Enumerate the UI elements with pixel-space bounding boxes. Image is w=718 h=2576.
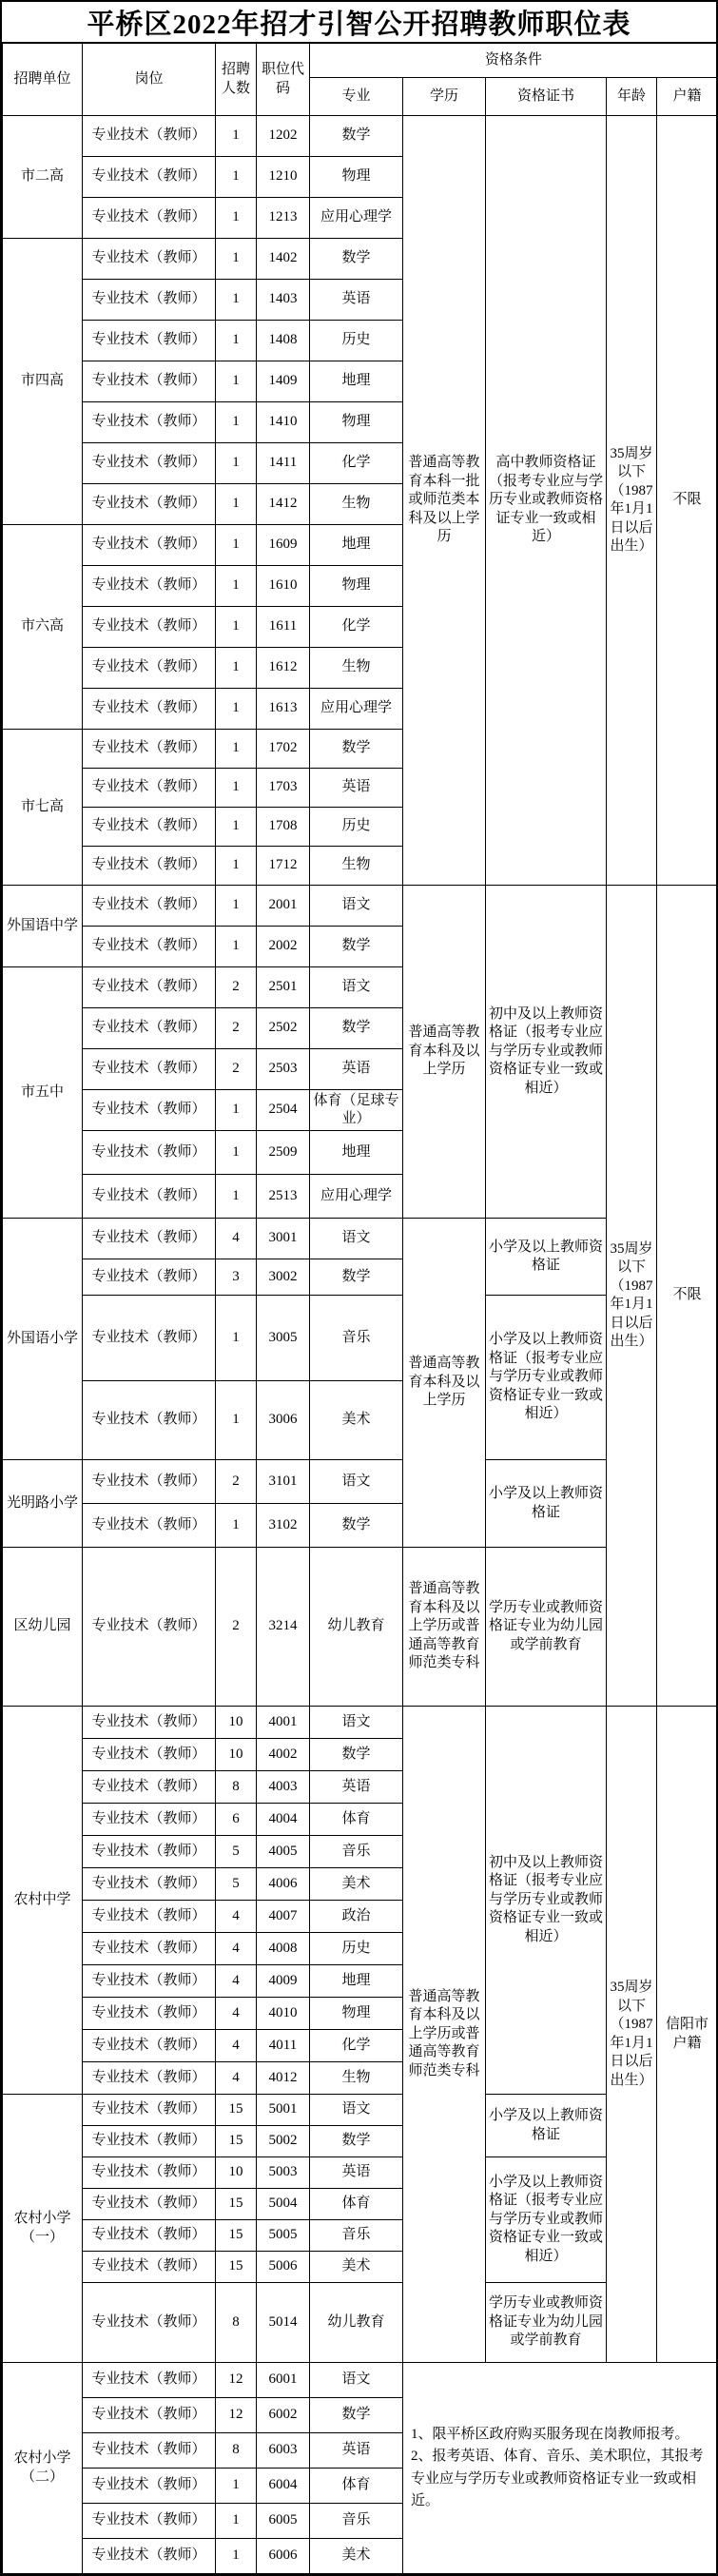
post-cell: 专业技术（教师） <box>83 607 216 648</box>
post-cell: 专业技术（教师） <box>83 1460 216 1504</box>
post-cell: 专业技术（教师） <box>83 1175 216 1219</box>
count-cell: 1 <box>216 769 257 808</box>
code-cell: 3006 <box>257 1381 310 1460</box>
count-cell: 2 <box>216 1008 257 1049</box>
code-cell: 5005 <box>257 2220 310 2252</box>
major-cell: 语文 <box>310 967 403 1008</box>
code-cell: 5002 <box>257 2126 310 2157</box>
code-cell: 5004 <box>257 2189 310 2220</box>
post-cell: 专业技术（教师） <box>83 1090 216 1131</box>
major-cell: 数学 <box>310 1504 403 1548</box>
col-header-unit: 招聘单位 <box>3 44 83 116</box>
major-cell: 英语 <box>310 769 403 808</box>
code-cell: 4001 <box>257 1707 310 1739</box>
post-cell: 专业技术（教师） <box>83 239 216 280</box>
major-cell: 物理 <box>310 1998 403 2030</box>
education-cell: 普通高等教育本科及以上学历 <box>403 1219 486 1548</box>
age-cell: 35周岁以下（1987年1月1日以后出生） <box>607 886 657 1707</box>
count-cell: 1 <box>216 321 257 361</box>
count-cell: 8 <box>216 2433 257 2469</box>
major-cell: 历史 <box>310 321 403 361</box>
post-cell: 专业技术（教师） <box>83 927 216 967</box>
code-cell: 3002 <box>257 1259 310 1296</box>
code-cell: 4004 <box>257 1804 310 1836</box>
post-cell: 专业技术（教师） <box>83 2189 216 2220</box>
major-cell: 体育 <box>310 1804 403 1836</box>
major-cell: 音乐 <box>310 2504 403 2539</box>
post-cell: 专业技术（教师） <box>83 2398 216 2433</box>
code-cell: 6001 <box>257 2363 310 2398</box>
post-cell: 专业技术（教师） <box>83 1131 216 1175</box>
post-cell: 专业技术（教师） <box>83 808 216 847</box>
count-cell: 1 <box>216 1504 257 1548</box>
post-cell: 专业技术（教师） <box>83 1219 216 1259</box>
code-cell: 6004 <box>257 2469 310 2504</box>
table-row: 农村小学（二） 专业技术（教师） 12 6001 语文 1、限平桥区政府购买服务… <box>3 2363 718 2398</box>
major-cell: 英语 <box>310 280 403 321</box>
code-cell: 6002 <box>257 2398 310 2433</box>
post-cell: 专业技术（教师） <box>83 2504 216 2539</box>
col-header-education: 学历 <box>403 78 486 116</box>
count-cell: 1 <box>216 198 257 239</box>
post-cell: 专业技术（教师） <box>83 2030 216 2062</box>
col-header-code: 职位代码 <box>257 44 310 116</box>
certificate-cell: 初中及以上教师资格证（报考专业应与学历专业或教师资格证专业一致或相近） <box>486 1707 607 2095</box>
major-cell: 语文 <box>310 2363 403 2398</box>
code-cell: 6005 <box>257 2504 310 2539</box>
major-cell: 物理 <box>310 566 403 607</box>
code-cell: 2513 <box>257 1175 310 1219</box>
major-cell: 美术 <box>310 1868 403 1901</box>
code-cell: 3214 <box>257 1548 310 1707</box>
code-cell: 3101 <box>257 1460 310 1504</box>
count-cell: 5 <box>216 1836 257 1868</box>
col-header-certificate: 资格证书 <box>486 78 607 116</box>
post-cell: 专业技术（教师） <box>83 730 216 769</box>
major-cell: 体育 <box>310 2189 403 2220</box>
post-cell: 专业技术（教师） <box>83 1868 216 1901</box>
major-cell: 数学 <box>310 1008 403 1049</box>
count-cell: 4 <box>216 1965 257 1998</box>
age-cell: 35周岁以下（1987年1月1日以后出生） <box>607 116 657 886</box>
count-cell: 10 <box>216 2157 257 2189</box>
post-cell: 专业技术（教师） <box>83 280 216 321</box>
count-cell: 2 <box>216 1460 257 1504</box>
count-cell: 1 <box>216 1131 257 1175</box>
count-cell: 2 <box>216 1548 257 1707</box>
count-cell: 1 <box>216 1090 257 1131</box>
count-cell: 4 <box>216 2030 257 2062</box>
count-cell: 10 <box>216 1707 257 1739</box>
post-cell: 专业技术（教师） <box>83 648 216 689</box>
col-header-age: 年龄 <box>607 78 657 116</box>
count-cell: 8 <box>216 1771 257 1804</box>
post-cell: 专业技术（教师） <box>83 2126 216 2157</box>
count-cell: 1 <box>216 1381 257 1460</box>
major-cell: 历史 <box>310 808 403 847</box>
code-cell: 1613 <box>257 689 310 730</box>
age-cell: 35周岁以下（1987年1月1日以后出生） <box>607 1707 657 2363</box>
major-cell: 应用心理学 <box>310 1175 403 1219</box>
major-cell: 生物 <box>310 648 403 689</box>
count-cell: 15 <box>216 2220 257 2252</box>
post-cell: 专业技术（教师） <box>83 443 216 484</box>
code-cell: 4007 <box>257 1901 310 1933</box>
post-cell: 专业技术（教师） <box>83 157 216 198</box>
major-cell: 数学 <box>310 116 403 157</box>
unit-cell: 农村中学 <box>3 1707 83 2095</box>
count-cell: 1 <box>216 1175 257 1219</box>
count-cell: 1 <box>216 484 257 525</box>
certificate-cell: 小学及以上教师资格证 <box>486 2095 607 2157</box>
count-cell: 2 <box>216 1049 257 1090</box>
code-cell: 4009 <box>257 1965 310 1998</box>
major-cell: 体育（足球专业） <box>310 1090 403 1131</box>
notes-cell: 1、限平桥区政府购买服务现在岗教师报考。 2、报考英语、体育、音乐、美术职位，其… <box>403 2363 718 2574</box>
major-cell: 地理 <box>310 1965 403 1998</box>
major-cell: 数学 <box>310 239 403 280</box>
post-cell: 专业技术（教师） <box>83 2363 216 2398</box>
count-cell: 1 <box>216 808 257 847</box>
unit-cell: 外国语中学 <box>3 886 83 967</box>
count-cell: 5 <box>216 1868 257 1901</box>
code-cell: 4002 <box>257 1739 310 1771</box>
count-cell: 4 <box>216 1998 257 2030</box>
code-cell: 2501 <box>257 967 310 1008</box>
count-cell: 1 <box>216 730 257 769</box>
code-cell: 4005 <box>257 1836 310 1868</box>
post-cell: 专业技术（教师） <box>83 1259 216 1296</box>
count-cell: 1 <box>216 847 257 886</box>
count-cell: 1 <box>216 361 257 402</box>
code-cell: 5014 <box>257 2283 310 2363</box>
major-cell: 语文 <box>310 1219 403 1259</box>
count-cell: 1 <box>216 402 257 443</box>
major-cell: 语文 <box>310 2095 403 2126</box>
major-cell: 生物 <box>310 2062 403 2095</box>
col-header-qualification: 资格条件 <box>310 44 718 78</box>
post-cell: 专业技术（教师） <box>83 1998 216 2030</box>
major-cell: 化学 <box>310 2030 403 2062</box>
post-cell: 专业技术（教师） <box>83 1707 216 1739</box>
code-cell: 1210 <box>257 157 310 198</box>
code-cell: 1610 <box>257 566 310 607</box>
code-cell: 1609 <box>257 525 310 566</box>
code-cell: 1411 <box>257 443 310 484</box>
code-cell: 6006 <box>257 2539 310 2574</box>
major-cell: 数学 <box>310 2126 403 2157</box>
post-cell: 专业技术（教师） <box>83 1771 216 1804</box>
count-cell: 1 <box>216 525 257 566</box>
post-cell: 专业技术（教师） <box>83 689 216 730</box>
major-cell: 美术 <box>310 2252 403 2283</box>
count-cell: 1 <box>216 607 257 648</box>
code-cell: 4006 <box>257 1868 310 1901</box>
post-cell: 专业技术（教师） <box>83 1836 216 1868</box>
major-cell: 地理 <box>310 361 403 402</box>
count-cell: 1 <box>216 443 257 484</box>
count-cell: 15 <box>216 2189 257 2220</box>
certificate-cell: 学历专业或教师资格证专业为幼儿园或学前教育 <box>486 2283 607 2363</box>
count-cell: 12 <box>216 2363 257 2398</box>
count-cell: 8 <box>216 2283 257 2363</box>
post-cell: 专业技术（教师） <box>83 1965 216 1998</box>
major-cell: 幼儿教育 <box>310 1548 403 1707</box>
code-cell: 1703 <box>257 769 310 808</box>
count-cell: 4 <box>216 2062 257 2095</box>
unit-cell: 农村小学（一） <box>3 2095 83 2363</box>
code-cell: 1403 <box>257 280 310 321</box>
count-cell: 4 <box>216 1933 257 1965</box>
count-cell: 2 <box>216 967 257 1008</box>
code-cell: 5001 <box>257 2095 310 2126</box>
count-cell: 1 <box>216 886 257 927</box>
position-table: 招聘单位 岗位 招聘人数 职位代码 资格条件 专业 学历 资格证书 年龄 户籍 … <box>2 43 718 2574</box>
count-cell: 1 <box>216 116 257 157</box>
unit-cell: 市四高 <box>3 239 83 525</box>
count-cell: 4 <box>216 1901 257 1933</box>
major-cell: 音乐 <box>310 1836 403 1868</box>
code-cell: 2503 <box>257 1049 310 1090</box>
unit-cell: 市二高 <box>3 116 83 239</box>
code-cell: 3001 <box>257 1219 310 1259</box>
code-cell: 4011 <box>257 2030 310 2062</box>
count-cell: 1 <box>216 927 257 967</box>
count-cell: 1 <box>216 157 257 198</box>
count-cell: 1 <box>216 2469 257 2504</box>
count-cell: 1 <box>216 239 257 280</box>
post-cell: 专业技术（教师） <box>83 2283 216 2363</box>
count-cell: 1 <box>216 566 257 607</box>
count-cell: 1 <box>216 2539 257 2574</box>
residence-cell: 不限 <box>657 886 718 1707</box>
code-cell: 1202 <box>257 116 310 157</box>
post-cell: 专业技术（教师） <box>83 484 216 525</box>
education-cell: 普通高等教育本科一批或师范类本科及以上学历 <box>403 116 486 886</box>
code-cell: 3005 <box>257 1296 310 1381</box>
major-cell: 数学 <box>310 1259 403 1296</box>
post-cell: 专业技术（教师） <box>83 1804 216 1836</box>
code-cell: 1712 <box>257 847 310 886</box>
post-cell: 专业技术（教师） <box>83 402 216 443</box>
count-cell: 1 <box>216 689 257 730</box>
code-cell: 2509 <box>257 1131 310 1175</box>
post-cell: 专业技术（教师） <box>83 1504 216 1548</box>
major-cell: 物理 <box>310 157 403 198</box>
post-cell: 专业技术（教师） <box>83 2469 216 2504</box>
note-line-1: 1、限平桥区政府购买服务现在岗教师报考。 <box>411 2424 709 2446</box>
major-cell: 英语 <box>310 2157 403 2189</box>
post-cell: 专业技术（教师） <box>83 1901 216 1933</box>
major-cell: 生物 <box>310 847 403 886</box>
code-cell: 4012 <box>257 2062 310 2095</box>
unit-cell: 市五中 <box>3 967 83 1219</box>
col-header-post: 岗位 <box>83 44 216 116</box>
unit-cell: 农村小学（二） <box>3 2363 83 2574</box>
table-row: 外国语中学 专业技术（教师） 1 2001 语文 普通高等教育本科及以上学历 初… <box>3 886 718 927</box>
count-cell: 4 <box>216 1219 257 1259</box>
code-cell: 1612 <box>257 648 310 689</box>
major-cell: 美术 <box>310 2539 403 2574</box>
major-cell: 数学 <box>310 2398 403 2433</box>
post-cell: 专业技术（教师） <box>83 2433 216 2469</box>
code-cell: 2502 <box>257 1008 310 1049</box>
post-cell: 专业技术（教师） <box>83 2252 216 2283</box>
major-cell: 数学 <box>310 927 403 967</box>
major-cell: 历史 <box>310 1933 403 1965</box>
table-row: 农村中学 专业技术（教师） 10 4001 语文 普通高等教育本科及以上学历或普… <box>3 1707 718 1739</box>
post-cell: 专业技术（教师） <box>83 1008 216 1049</box>
count-cell: 1 <box>216 280 257 321</box>
post-cell: 专业技术（教师） <box>83 847 216 886</box>
code-cell: 1408 <box>257 321 310 361</box>
certificate-cell: 小学及以上教师资格证 <box>486 1219 607 1296</box>
count-cell: 6 <box>216 1804 257 1836</box>
post-cell: 专业技术（教师） <box>83 769 216 808</box>
col-header-residence: 户籍 <box>657 78 718 116</box>
residence-cell: 不限 <box>657 116 718 886</box>
major-cell: 生物 <box>310 484 403 525</box>
major-cell: 英语 <box>310 1049 403 1090</box>
major-cell: 语文 <box>310 1707 403 1739</box>
code-cell: 1702 <box>257 730 310 769</box>
major-cell: 物理 <box>310 402 403 443</box>
certificate-cell: 小学及以上教师资格证（报考专业应与学历专业或教师资格证专业一致或相近） <box>486 1296 607 1460</box>
post-cell: 专业技术（教师） <box>83 361 216 402</box>
code-cell: 1611 <box>257 607 310 648</box>
major-cell: 应用心理学 <box>310 198 403 239</box>
post-cell: 专业技术（教师） <box>83 2220 216 2252</box>
post-cell: 专业技术（教师） <box>83 566 216 607</box>
post-cell: 专业技术（教师） <box>83 525 216 566</box>
code-cell: 5003 <box>257 2157 310 2189</box>
count-cell: 15 <box>216 2095 257 2126</box>
count-cell: 12 <box>216 2398 257 2433</box>
col-header-major: 专业 <box>310 78 403 116</box>
code-cell: 3102 <box>257 1504 310 1548</box>
unit-cell: 光明路小学 <box>3 1460 83 1548</box>
major-cell: 化学 <box>310 443 403 484</box>
certificate-cell: 小学及以上教师资格证 <box>486 1460 607 1548</box>
post-cell: 专业技术（教师） <box>83 2539 216 2574</box>
count-cell: 1 <box>216 648 257 689</box>
major-cell: 英语 <box>310 2433 403 2469</box>
code-cell: 1410 <box>257 402 310 443</box>
major-cell: 英语 <box>310 1771 403 1804</box>
code-cell: 4003 <box>257 1771 310 1804</box>
code-cell: 1409 <box>257 361 310 402</box>
post-cell: 专业技术（教师） <box>83 1548 216 1707</box>
education-cell: 普通高等教育本科及以上学历或普通高等教育师范类专科 <box>403 1548 486 1707</box>
page-title: 平桥区2022年招才引智公开招聘教师职位表 <box>2 2 716 43</box>
post-cell: 专业技术（教师） <box>83 2062 216 2095</box>
unit-cell: 市六高 <box>3 525 83 730</box>
major-cell: 数学 <box>310 730 403 769</box>
residence-cell: 信阳市户籍 <box>657 1707 718 2363</box>
certificate-cell: 初中及以上教师资格证（报考专业应与学历专业或教师资格证专业一致或相近） <box>486 886 607 1219</box>
code-cell: 4008 <box>257 1933 310 1965</box>
unit-cell: 外国语小学 <box>3 1219 83 1460</box>
major-cell: 政治 <box>310 1901 403 1933</box>
post-cell: 专业技术（教师） <box>83 886 216 927</box>
certificate-cell: 小学及以上教师资格证（报考专业应与学历专业或教师资格证专业一致或相近） <box>486 2157 607 2283</box>
unit-cell: 市七高 <box>3 730 83 886</box>
major-cell: 幼儿教育 <box>310 2283 403 2363</box>
post-cell: 专业技术（教师） <box>83 198 216 239</box>
post-cell: 专业技术（教师） <box>83 1296 216 1381</box>
post-cell: 专业技术（教师） <box>83 1049 216 1090</box>
unit-cell: 区幼儿园 <box>3 1548 83 1707</box>
certificate-cell: 学历专业或教师资格证专业为幼儿园或学前教育 <box>486 1548 607 1707</box>
code-cell: 2001 <box>257 886 310 927</box>
count-cell: 1 <box>216 2504 257 2539</box>
post-cell: 专业技术（教师） <box>83 116 216 157</box>
header-row-1: 招聘单位 岗位 招聘人数 职位代码 资格条件 <box>3 44 718 78</box>
education-cell: 普通高等教育本科及以上学历或普通高等教育师范类专科 <box>403 1707 486 2363</box>
post-cell: 专业技术（教师） <box>83 967 216 1008</box>
count-cell: 10 <box>216 1739 257 1771</box>
major-cell: 地理 <box>310 525 403 566</box>
count-cell: 15 <box>216 2252 257 2283</box>
code-cell: 1412 <box>257 484 310 525</box>
major-cell: 应用心理学 <box>310 689 403 730</box>
recruitment-table-sheet: 平桥区2022年招才引智公开招聘教师职位表 招聘单位 岗位 招聘人数 职位代码 … <box>0 0 718 2576</box>
major-cell: 地理 <box>310 1131 403 1175</box>
post-cell: 专业技术（教师） <box>83 321 216 361</box>
education-cell: 普通高等教育本科及以上学历 <box>403 886 486 1219</box>
code-cell: 4010 <box>257 1998 310 2030</box>
major-cell: 语文 <box>310 886 403 927</box>
col-header-count: 招聘人数 <box>216 44 257 116</box>
major-cell: 体育 <box>310 2469 403 2504</box>
code-cell: 5006 <box>257 2252 310 2283</box>
major-cell: 音乐 <box>310 2220 403 2252</box>
major-cell: 化学 <box>310 607 403 648</box>
code-cell: 2002 <box>257 927 310 967</box>
major-cell: 语文 <box>310 1460 403 1504</box>
post-cell: 专业技术（教师） <box>83 1739 216 1771</box>
note-line-2: 2、报考英语、体育、音乐、美术职位，其报考专业应与学历专业或教师资格证专业一致或… <box>411 2446 709 2512</box>
code-cell: 2504 <box>257 1090 310 1131</box>
post-cell: 专业技术（教师） <box>83 2157 216 2189</box>
post-cell: 专业技术（教师） <box>83 1381 216 1460</box>
code-cell: 6003 <box>257 2433 310 2469</box>
code-cell: 1708 <box>257 808 310 847</box>
post-cell: 专业技术（教师） <box>83 2095 216 2126</box>
major-cell: 美术 <box>310 1381 403 1460</box>
major-cell: 数学 <box>310 1739 403 1771</box>
code-cell: 1402 <box>257 239 310 280</box>
certificate-cell: 高中教师资格证（报考专业应与学历专业或教师资格证专业一致或相近） <box>486 116 607 886</box>
code-cell: 1213 <box>257 198 310 239</box>
major-cell: 音乐 <box>310 1296 403 1381</box>
table-row: 市二高 专业技术（教师） 1 1202 数学 普通高等教育本科一批或师范类本科及… <box>3 116 718 157</box>
count-cell: 15 <box>216 2126 257 2157</box>
count-cell: 1 <box>216 1296 257 1381</box>
count-cell: 3 <box>216 1259 257 1296</box>
post-cell: 专业技术（教师） <box>83 1933 216 1965</box>
